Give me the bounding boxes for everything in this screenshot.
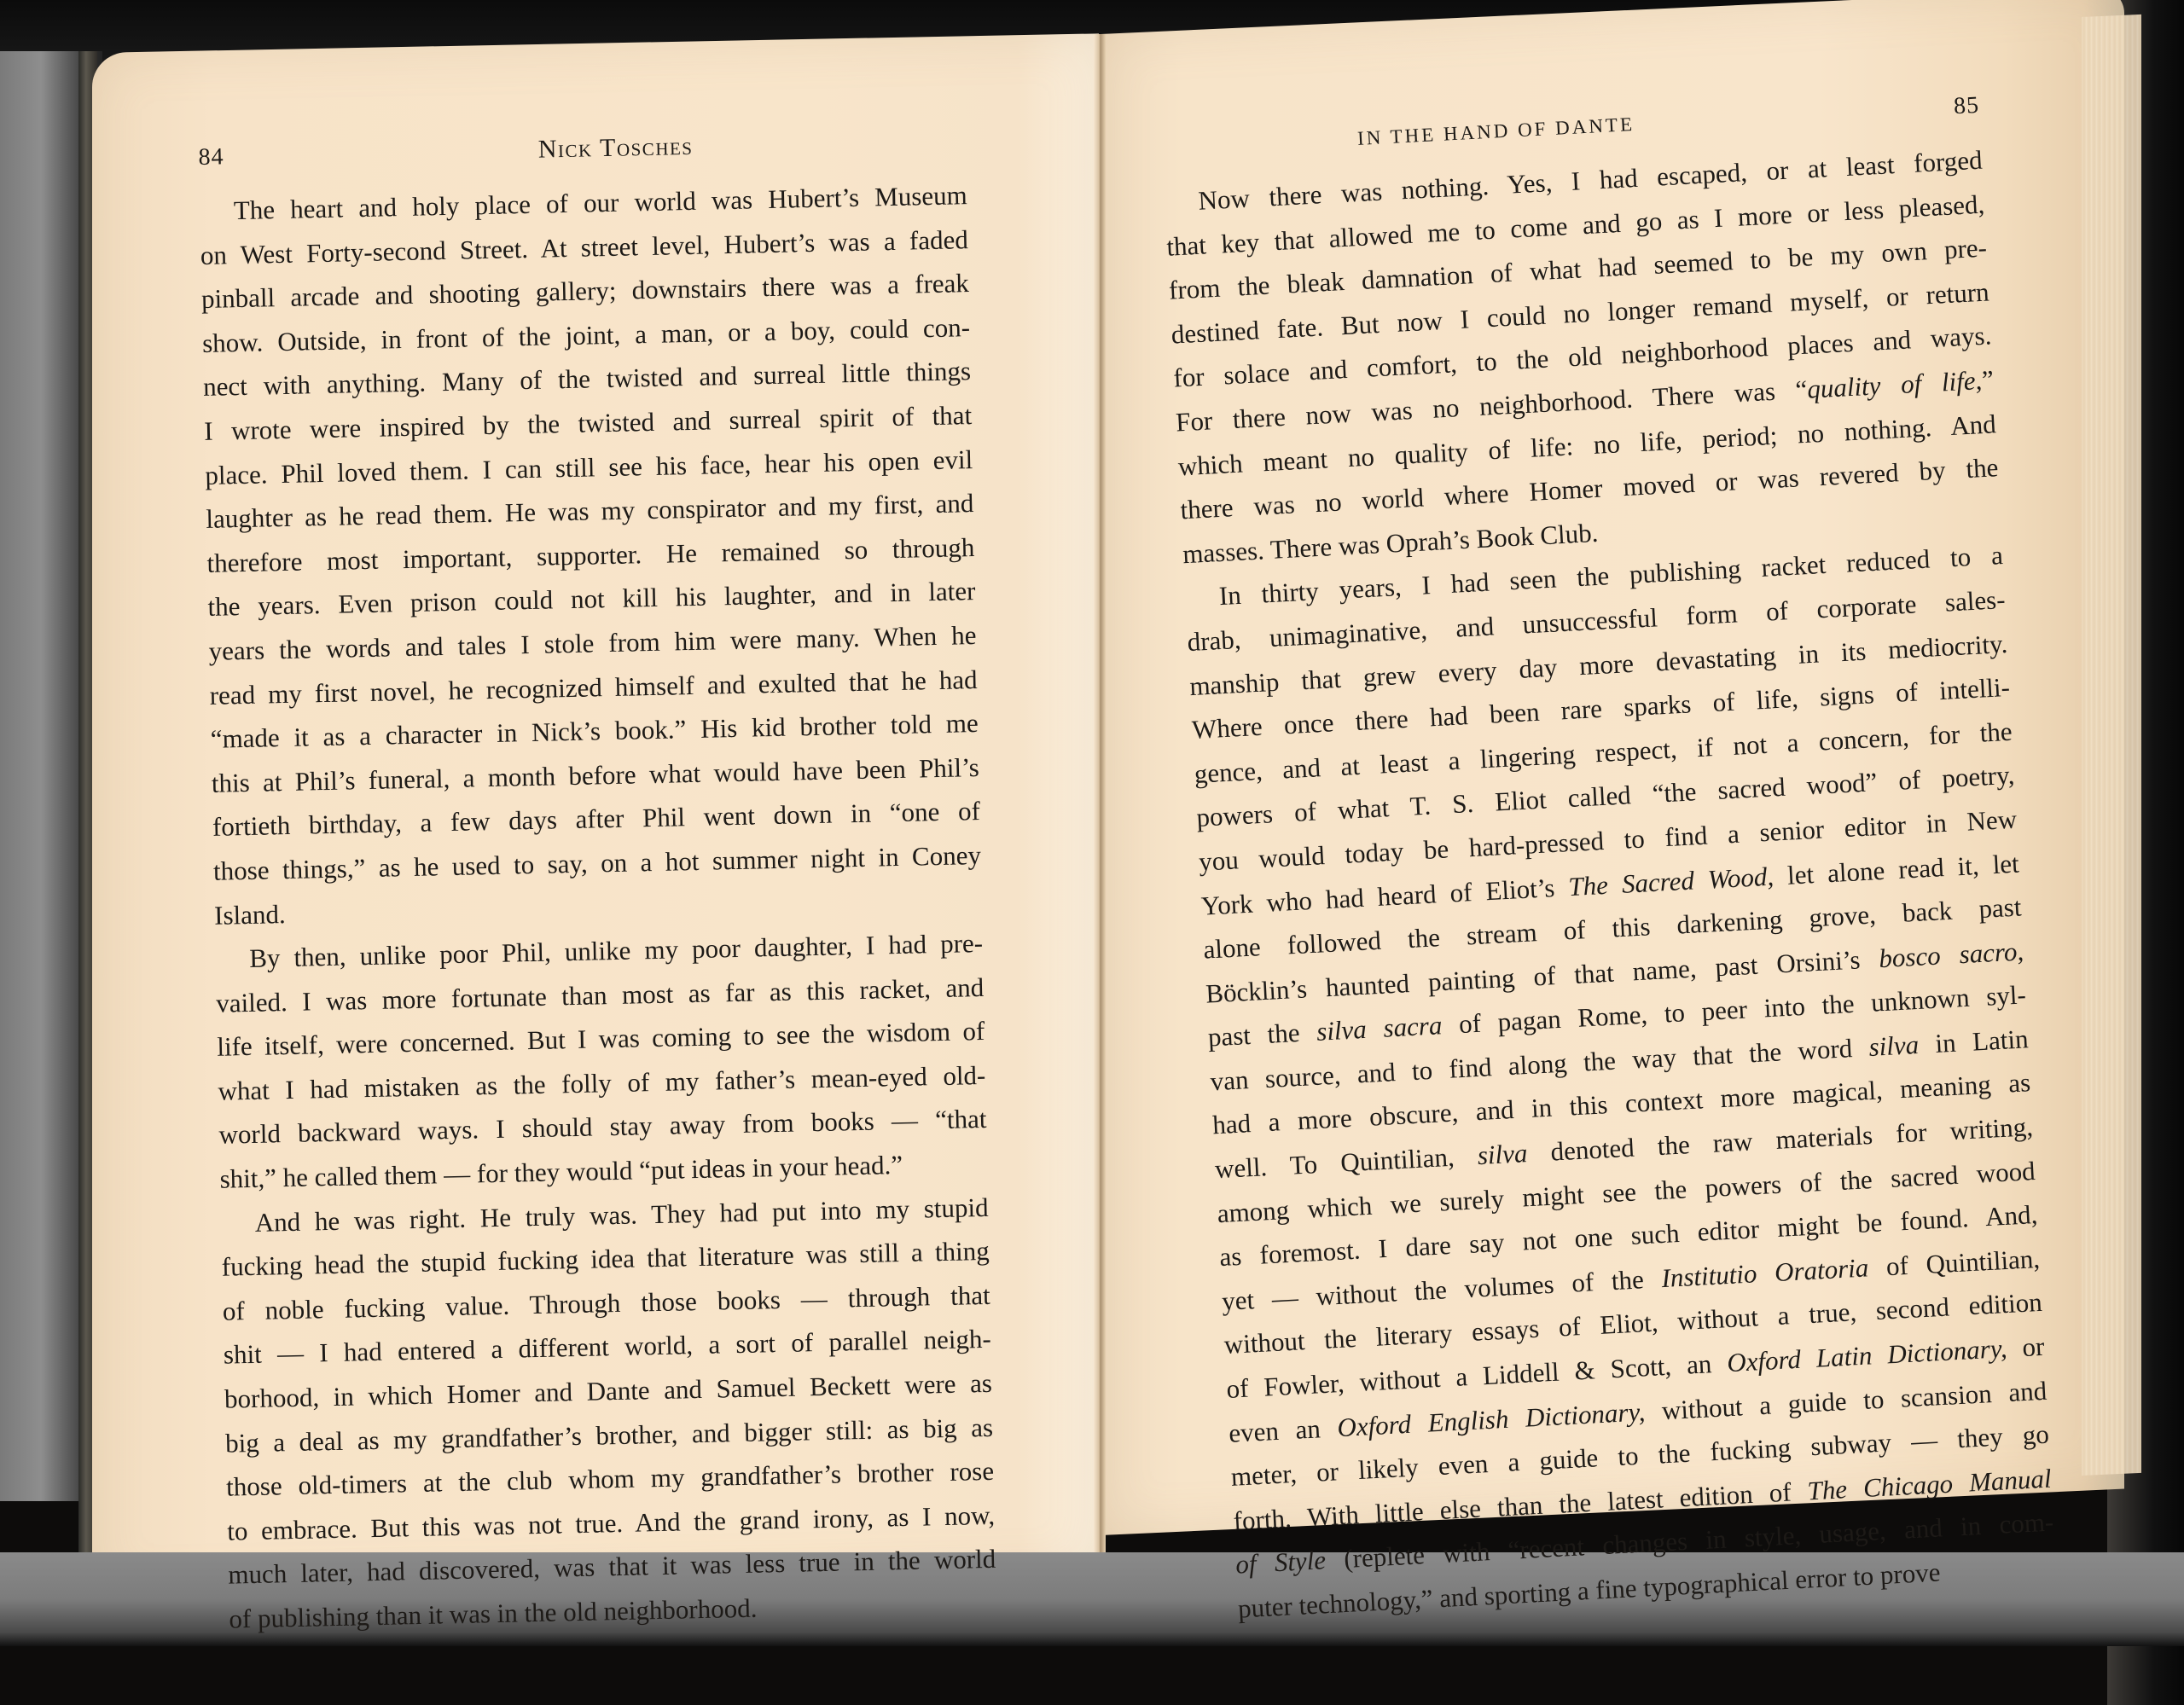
italic-title: The Sacred Wood, <box>1567 861 1774 902</box>
right-page-text: In the Hand of Dante 85 Now there was no… <box>1160 84 2057 1631</box>
italic-title: Institutio Oratoria <box>1661 1252 1870 1293</box>
italic-title: Oxford Latin Dictionary, <box>1726 1333 2007 1377</box>
italic-title: silva <box>1868 1029 1920 1062</box>
italic-title: silva <box>1477 1138 1528 1170</box>
italic-title: quality of life, <box>1806 365 1983 404</box>
page-number: 84 <box>198 135 224 179</box>
book-gutter <box>1094 34 1106 1604</box>
running-head-author: Nick Tosches <box>537 125 694 171</box>
italic-title: bosco sacro, <box>1878 936 2024 973</box>
left-page-text: 84 Nick Tosches The heart and holy place… <box>198 119 997 1641</box>
italic-title: The Chicago Manual <box>1807 1463 2053 1505</box>
page-number: 85 <box>1953 84 1981 129</box>
left-page-body: The heart and holy place of our world wa… <box>199 173 996 1641</box>
italic-title: of Style <box>1234 1546 1326 1580</box>
italic-title: silva sacra <box>1316 1010 1443 1047</box>
page-block-fore-edge <box>2082 14 2141 1476</box>
right-page-body: Now there was nothing. Yes, I had escape… <box>1163 138 2057 1632</box>
